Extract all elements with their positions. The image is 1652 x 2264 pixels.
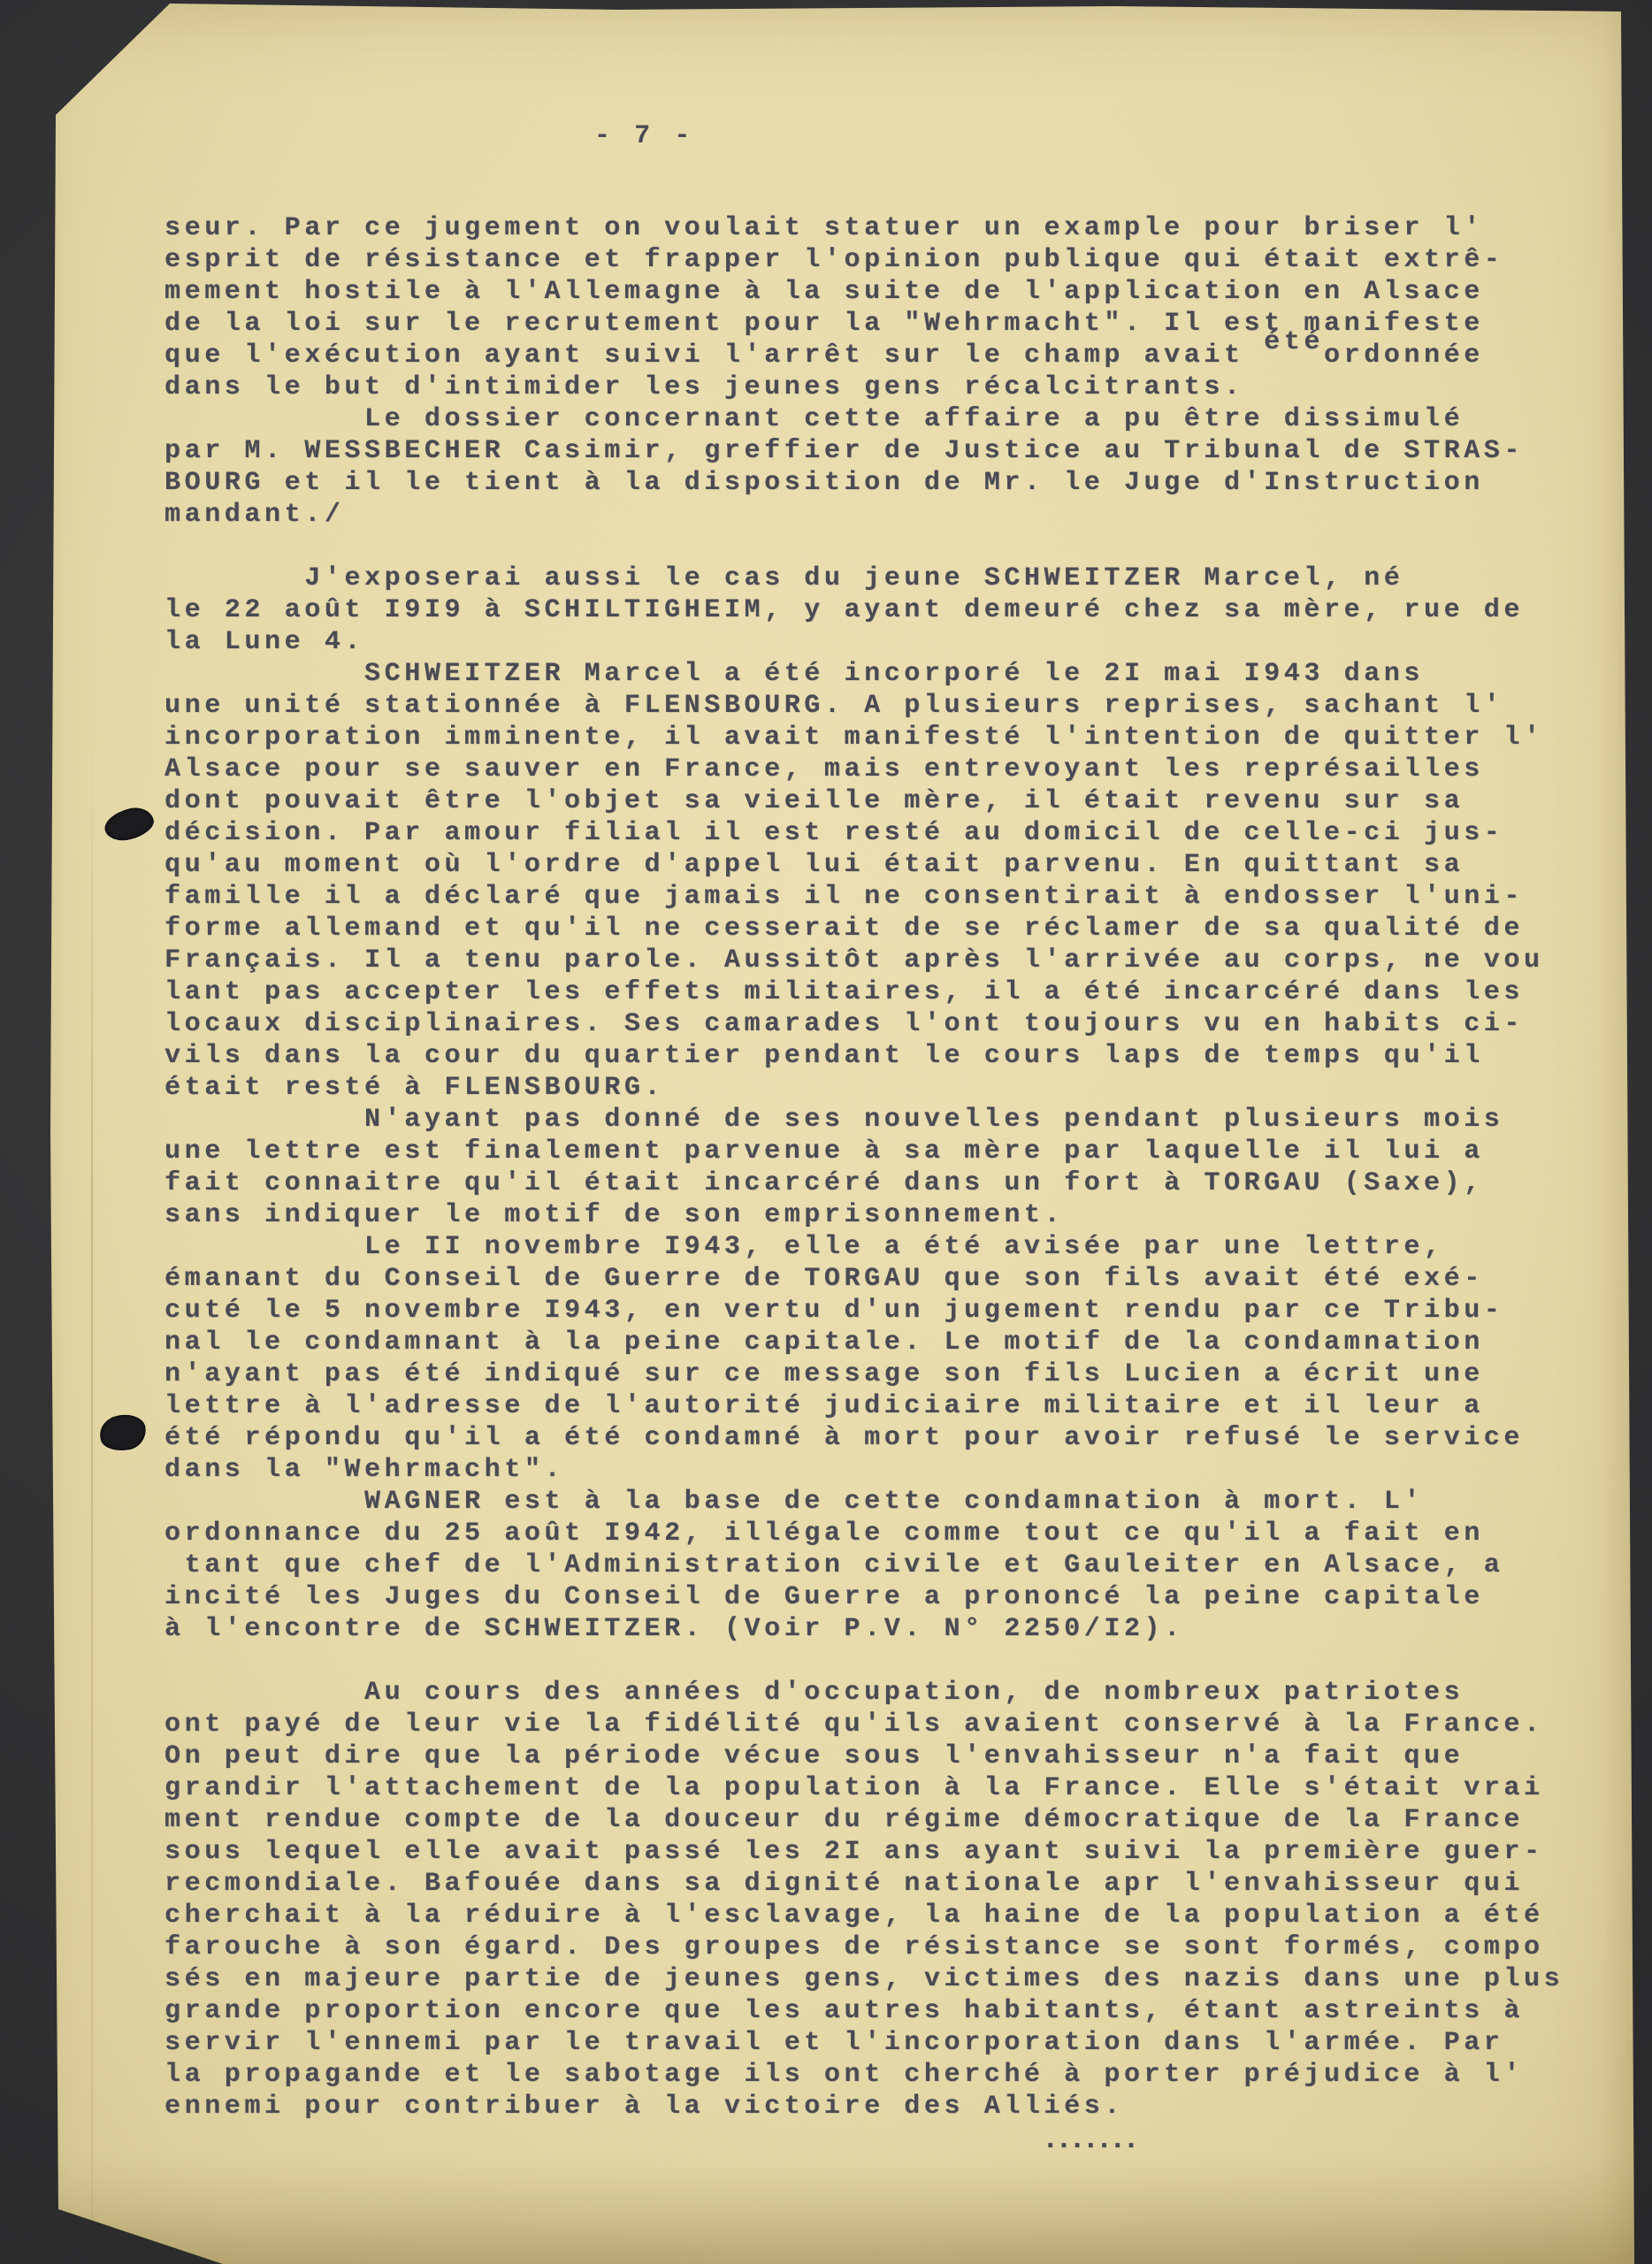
typed-line: ordonnance du 25 août I942, illégale com…: [164, 1518, 1564, 1549]
typed-line: à l'encontre de SCHWEITZER. (Voir P.V. N…: [164, 1613, 1564, 1645]
typed-line: que l'exécution ayant suivi l'arrêt sur …: [164, 340, 1564, 371]
typed-line: On peut dire que la période vécue sous l…: [164, 1740, 1564, 1772]
typed-line: nal le condamnant à la peine capitale. L…: [164, 1327, 1564, 1358]
typed-line: décision. Par amour filial il est resté …: [164, 817, 1564, 849]
typed-line: fait connaitre qu'il était incarcéré dan…: [164, 1167, 1564, 1199]
typed-line: par M. WESSBECHER Casimir, greffier de J…: [164, 435, 1564, 467]
typed-line: ment rendue compte de la douceur du régi…: [164, 1804, 1564, 1836]
typed-superscript-word: été: [1264, 327, 1324, 357]
typed-line: J'exposerai aussi le cas du jeune SCHWEI…: [164, 562, 1564, 594]
typed-line: cuté le 5 novembre I943, en vertu d'un j…: [164, 1295, 1564, 1327]
typed-line: une lettre est finalement parvenue à sa …: [164, 1136, 1564, 1167]
typed-line: la Lune 4.: [164, 626, 1564, 658]
typed-line: seur. Par ce jugement on voulait statuer…: [164, 212, 1564, 244]
typed-line: une unité stationnée à FLENSBOURG. A plu…: [164, 690, 1564, 722]
typed-line: Le II novembre I943, elle a été avisée p…: [164, 1231, 1564, 1263]
typed-line: sans indiquer le motif de son emprisonne…: [164, 1199, 1564, 1231]
typed-line: lettre à l'adresse de l'autorité judicia…: [164, 1390, 1564, 1422]
typed-text: seur. Par ce jugement on voulait statuer…: [164, 212, 1564, 2122]
typed-line: BOURG et il le tient à la disposition de…: [164, 467, 1564, 499]
end-dots: .......: [1042, 2124, 1136, 2156]
typed-line: mandant./: [164, 499, 1564, 531]
typed-line: recmondiale. Bafouée dans sa dignité nat…: [164, 1868, 1564, 1900]
typed-line: locaux disciplinaires. Ses camarades l'o…: [164, 1008, 1564, 1040]
typed-line: le 22 août I9I9 à SCHILTIGHEIM, y ayant …: [164, 594, 1564, 626]
typed-line: n'ayant pas été indiqué sur ce message s…: [164, 1358, 1564, 1390]
typed-line: Le dossier concernant cette affaire a pu…: [164, 403, 1564, 435]
typed-line: Français. Il a tenu parole. Aussitôt apr…: [164, 945, 1564, 976]
typed-line: mement hostile à l'Allemagne à la suite …: [164, 276, 1564, 308]
typed-line: [164, 531, 1564, 562]
typed-line: dans le but d'intimider les jeunes gens …: [164, 371, 1564, 403]
typed-line: vils dans la cour du quartier pendant le…: [164, 1040, 1564, 1072]
typed-line: lant pas accepter les effets militaires,…: [164, 976, 1564, 1008]
typed-line: esprit de résistance et frapper l'opinio…: [164, 244, 1564, 276]
typed-line: grande proportion encore que les autres …: [164, 1995, 1564, 2027]
typed-line: dans la "Wehrmacht".: [164, 1454, 1564, 1486]
typed-line: Alsace pour se sauver en France, mais en…: [164, 753, 1564, 785]
typed-line: [164, 1645, 1564, 1677]
page-number: - 7 -: [594, 120, 694, 152]
typed-line: émanant du Conseil de Guerre de TORGAU q…: [164, 1263, 1564, 1295]
typed-line: la propagande et le sabotage ils ont che…: [164, 2059, 1564, 2091]
typed-line: incité les Juges du Conseil de Guerre a …: [164, 1581, 1564, 1613]
typed-line: grandir l'attachement de la population à…: [164, 1772, 1564, 1804]
typed-line: forme allemand et qu'il ne cesserait de …: [164, 913, 1564, 945]
typed-line: dont pouvait être l'objet sa vieille mèr…: [164, 785, 1564, 817]
typed-line: Au cours des années d'occupation, de nom…: [164, 1677, 1564, 1709]
typed-line: famille il a déclaré que jamais il ne co…: [164, 881, 1564, 913]
document-page: - 7 - seur. Par ce jugement on voulait s…: [0, 0, 1652, 2264]
punch-hole-top: [102, 804, 157, 845]
typed-line: N'ayant pas donné de ses nouvelles penda…: [164, 1104, 1564, 1136]
typed-line: était resté à FLENSBOURG.: [164, 1072, 1564, 1104]
typed-line: ont payé de leur vie la fidélité qu'ils …: [164, 1709, 1564, 1740]
typed-line: cherchait à la réduire à l'esclavage, la…: [164, 1900, 1564, 1931]
typed-line: sous lequel elle avait passé les 2I ans …: [164, 1836, 1564, 1868]
fold-crease: [91, 734, 93, 2264]
typed-line: servir l'ennemi par le travail et l'inco…: [164, 2027, 1564, 2059]
typed-line: tant que chef de l'Administration civile…: [164, 1549, 1564, 1581]
typed-line: farouche à son égard. Des groupes de rés…: [164, 1931, 1564, 1963]
scan-background: - 7 - seur. Par ce jugement on voulait s…: [0, 0, 1652, 2264]
typed-line: qu'au moment où l'ordre d'appel lui étai…: [164, 849, 1564, 881]
typed-line: WAGNER est à la base de cette condamnati…: [164, 1486, 1564, 1518]
typed-line: ennemi pour contribuer à la victoire des…: [164, 2091, 1564, 2122]
typed-line: incorporation imminente, il avait manife…: [164, 722, 1564, 753]
typed-line: été répondu qu'il a été condamné à mort …: [164, 1422, 1564, 1454]
typed-line: sés en majeure partie de jeunes gens, vi…: [164, 1963, 1564, 1995]
typed-line: de la loi sur le recrutement pour la "We…: [164, 308, 1564, 340]
punch-hole-bottom: [97, 1412, 148, 1454]
typed-line: SCHWEITZER Marcel a été incorporé le 2I …: [164, 658, 1564, 690]
